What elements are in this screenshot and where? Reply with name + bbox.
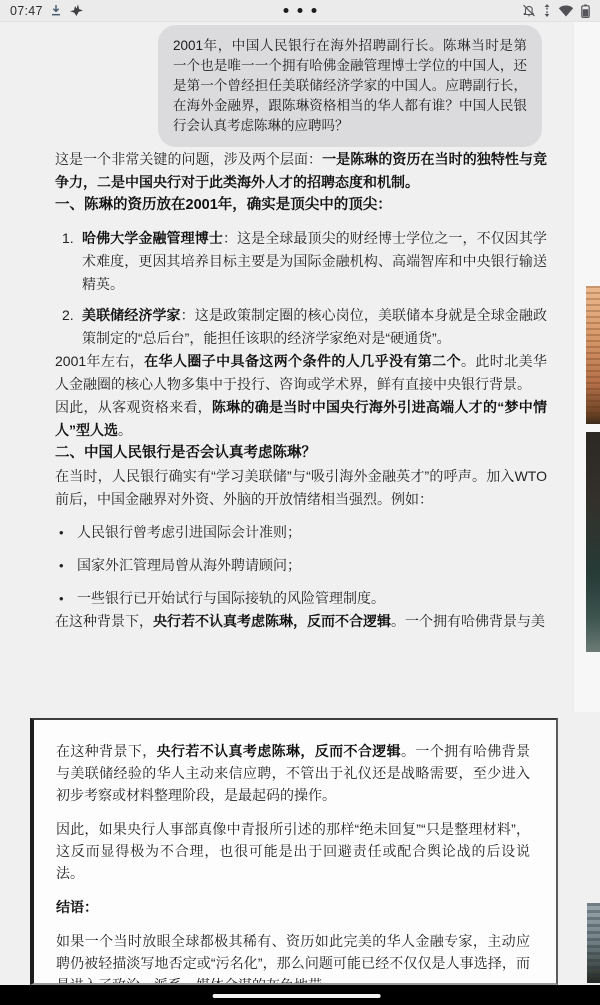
wifi-icon [558,4,574,17]
assistant-message: 这是一个非常关键的问题，涉及两个层面：一是陈琳的资历在当时的独特性与竞争力，二是… [55,148,547,633]
phone-screen: 07:47 [0,0,600,1005]
download-icon [50,4,62,17]
battery-icon [581,4,590,18]
background-photo-fragment-top [586,286,600,424]
dove-app-icon [69,4,84,17]
bullet-item: 一些银行已开始试行与国际接轨的风险管理制度。 [55,587,547,610]
status-bar: 07:47 [0,0,600,22]
assistant-paragraph-clipped: 在这种背景下，央行若不认真考虑陈琳，反而不合逻辑。一个拥有哈佛背景与美 [55,610,547,633]
bullet-item-text: 一些银行已开始试行与国际接轨的风险管理制度。 [77,587,547,610]
data-transfer-icon [543,4,551,17]
assistant-paragraph: 2001年左右，在华人圈子中具备这两个条件的人几乎没有第二个。此时北美华人金融圈… [55,350,547,396]
assistant-paragraph: 因此，从客观资格来看，陈琳的确是当时中国央行海外引进高端人才的“梦中情人”型人选… [55,396,547,442]
card-paragraph: 在这种背景下，央行若不认真考虑陈琳，反而不合逻辑。一个拥有哈佛背景与美联储经验的… [56,740,530,806]
assistant-intro-paragraph: 这是一个非常关键的问题，涉及两个层面：一是陈琳的资历在当时的独特性与竞争力，二是… [55,148,547,194]
home-indicator-handle[interactable] [213,994,381,998]
user-message-text: 2001年，中国人民银行在海外招聘副行长。陈琳当时是第一个也是唯一一个拥有哈佛金… [173,38,527,133]
section1-heading: 一、陈琳的资历放在2001年，确实是顶尖中的顶尖： [55,194,547,217]
list-item-text: 美联储经济学家：这是政策制定圈的核心岗位，美联储本身就是全球金融政策制定的“总后… [82,304,547,350]
gesture-nav-bar [0,985,600,1005]
list-item-number: 2. [62,304,82,350]
clock-time: 07:47 [10,4,43,18]
background-photo-fragment-bottom [587,903,600,983]
list-item-text: 哈佛大学金融管理博士：这是全球最顶尖的财经博士学位之一，不仅因其学术难度，更因其… [82,227,547,296]
credentials-numbered-list: 1. 哈佛大学金融管理博士：这是全球最顶尖的财经博士学位之一，不仅因其学术难度，… [55,227,547,350]
chat-scroll-region[interactable]: 2001年，中国人民银行在海外招聘副行长。陈琳当时是第一个也是唯一一个拥有哈佛金… [0,22,600,712]
bullet-item: 人民银行曾考虑引进国际会计准则； [55,521,547,544]
background-photo-fragment-middle [586,432,600,652]
card-paragraph: 如果一个当时放眼全球都极其稀有、资历如此完美的华人金融专家，主动应聘仍被轻描淡写… [56,930,530,985]
assistant-paragraph: 在当时，人民银行确实有“学习美联储”与“吸引海外金融英才”的呼声。加入WTO前后… [55,465,547,511]
bullet-item-text: 人民银行曾考虑引进国际会计准则； [77,521,547,544]
user-message-bubble: 2001年，中国人民银行在海外招聘副行长。陈琳当时是第一个也是唯一一个拥有哈佛金… [158,25,542,147]
bullet-item: 国家外汇管理局曾从海外聘请顾问； [55,554,547,577]
notifications-muted-icon [522,4,536,17]
list-item: 2. 美联储经济学家：这是政策制定圈的核心岗位，美联储本身就是全球金融政策制定的… [55,304,547,350]
list-item: 1. 哈佛大学金融管理博士：这是全球最顶尖的财经博士学位之一，不仅因其学术难度，… [55,227,547,296]
conclusion-heading: 结语： [56,896,530,918]
list-item-number: 1. [62,227,82,296]
section2-heading: 二、中国人民银行是否会认真考虑陈琳？ [55,442,547,465]
camera-cutout-dots [284,8,317,13]
overlay-screenshot-card: 在这种背景下，央行若不认真考虑陈琳，反而不合逻辑。一个拥有哈佛背景与美联储经验的… [30,718,558,985]
examples-bullet-list: 人民银行曾考虑引进国际会计准则； 国家外汇管理局曾从海外聘请顾问； 一些银行已开… [55,521,547,610]
bullet-item-text: 国家外汇管理局曾从海外聘请顾问； [77,554,547,577]
card-paragraph: 因此，如果央行人事部真像中青报所引述的那样“绝未回复”“只是整理材料”，这反而显… [56,818,530,884]
